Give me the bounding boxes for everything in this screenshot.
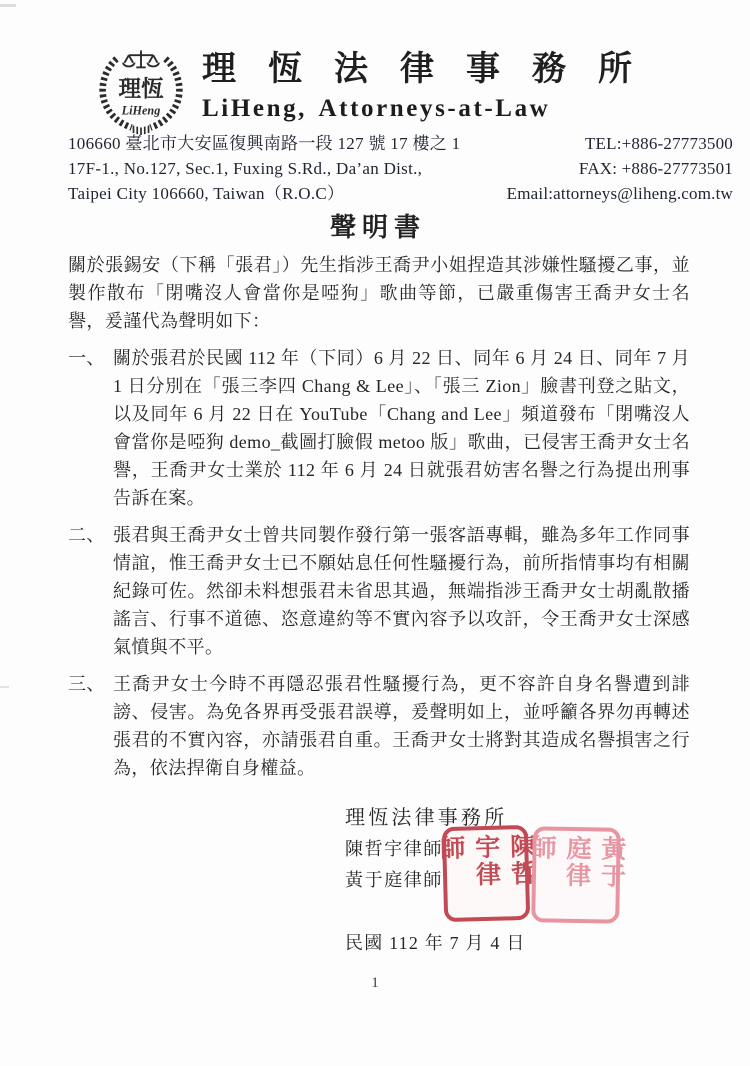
scales-of-justice-icon <box>123 50 159 67</box>
laurel-wreath-icon: 理恆 LiHeng <box>84 42 198 136</box>
letterhead: 理恆法律事務所 LiHeng, Attorneys-at-Law <box>202 50 702 123</box>
lawyer-name-2: 黃于庭律師 <box>345 866 443 892</box>
logo-chinese-text: 理恆 <box>118 77 164 102</box>
statement-item-1: 一、 關於張君於民國 112 年（下同）6 月 22 日、同年 6 月 24 日… <box>68 344 690 512</box>
scan-artifact <box>0 4 16 7</box>
firm-address: 106660 臺北市大安區復興南路一段 127 號 17 樓之 1 17F-1.… <box>68 131 460 206</box>
email-address: Email:attorneys@liheng.com.tw <box>507 181 733 206</box>
intro-paragraph: 關於張錫安（下稱「張君」）先生指涉王喬尹小姐捏造其涉嫌性騷擾乙事，並製作散布「閉… <box>68 251 690 335</box>
signature-block: 理恆法律事務所 陳哲宇律師 黃于庭律師 陳哲宇律師 黃于庭律師 民國 112 年… <box>345 801 685 971</box>
address-line-english-2: Taipei City 106660, Taiwan（R.O.C） <box>68 181 460 206</box>
item-number: 一、 <box>68 344 113 512</box>
item-number: 二、 <box>68 521 113 661</box>
statement-item-2: 二、 張君與王喬尹女士曾共同製作發行第一張客語專輯，雖為多年工作同事情誼，惟王喬… <box>68 521 690 661</box>
firm-name-english: LiHeng, Attorneys-at-Law <box>202 95 702 123</box>
address-line-chinese: 106660 臺北市大安區復興南路一段 127 號 17 樓之 1 <box>68 131 460 156</box>
address-line-english-1: 17F-1., No.127, Sec.1, Fuxing S.Rd., Da’… <box>68 156 460 181</box>
document-body: 關於張錫安（下稱「張君」）先生指涉王喬尹小姐捏造其涉嫌性騷擾乙事，並製作散布「閉… <box>68 251 690 782</box>
logo-english-text: LiHeng <box>121 103 161 117</box>
document-date: 民國 112 年 7 月 4 日 <box>345 929 526 955</box>
statement-item-3: 三、 王喬尹女士今時不再隱忍張君性騷擾行為，更不容許自身名譽遭到誹謗、侵害。為免… <box>68 670 690 782</box>
item-text: 王喬尹女士今時不再隱忍張君性騷擾行為，更不容許自身名譽遭到誹謗、侵害。為免各界再… <box>113 670 690 782</box>
item-text: 張君與王喬尹女士曾共同製作發行第一張客語專輯，雖為多年工作同事情誼，惟王喬尹女士… <box>113 521 690 661</box>
contact-info-row: 106660 臺北市大安區復興南路一段 127 號 17 樓之 1 17F-1.… <box>68 131 733 206</box>
document-title: 聲明書 <box>0 207 750 244</box>
item-number: 三、 <box>68 670 113 782</box>
law-firm-logo: 理恆 LiHeng <box>84 42 198 136</box>
red-seal-stamp-huang: 黃于庭律師 <box>531 826 621 924</box>
firm-name-chinese: 理恆法律事務所 <box>202 50 702 89</box>
red-seal-stamp-chen: 陳哲宇律師 <box>442 825 530 922</box>
telephone-number: TEL:+886-27773500 <box>507 131 733 156</box>
fax-number: FAX: +886-27773501 <box>507 156 733 181</box>
item-text: 關於張君於民國 112 年（下同）6 月 22 日、同年 6 月 24 日、同年… <box>113 344 690 512</box>
page-number: 1 <box>0 975 750 992</box>
firm-contact: TEL:+886-27773500 FAX: +886-27773501 Ema… <box>507 131 733 206</box>
scanned-legal-document: 理恆 LiHeng 理恆法律事務所 LiHeng, Attorneys-at-L… <box>0 0 750 1066</box>
seal-text: 黃于庭律師 <box>523 834 629 916</box>
scan-artifact <box>0 686 9 688</box>
lawyer-name-1: 陳哲宇律師 <box>345 835 443 861</box>
